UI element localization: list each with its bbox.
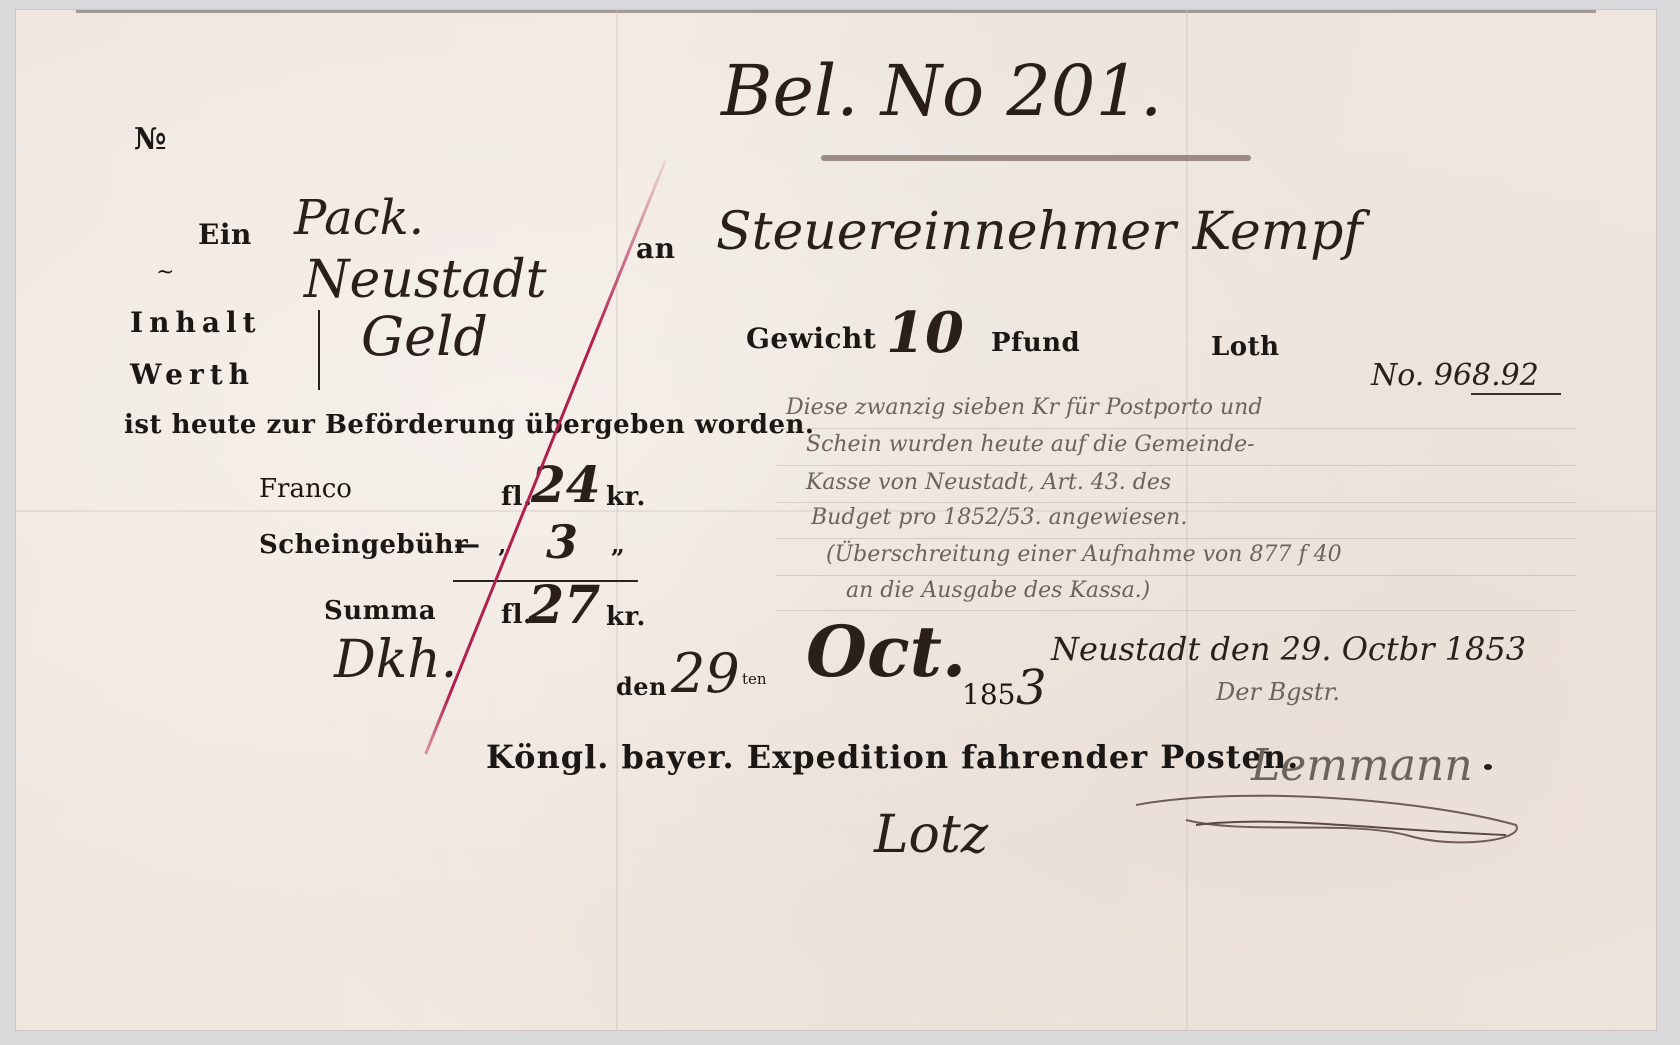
date-suffix: ten xyxy=(742,670,767,688)
reference-underline xyxy=(821,155,1251,161)
contents-value: Geld xyxy=(361,305,488,368)
scheingebuehr-dash: — xyxy=(454,530,481,560)
issuer-text: Köngl. bayer. Expedition fahrender Poste… xyxy=(486,738,1299,776)
summa-label: Summa xyxy=(324,596,436,626)
signature-flourish xyxy=(1126,780,1536,860)
ditto-mark: ~ xyxy=(156,260,174,285)
reference-number-underline xyxy=(1471,393,1561,395)
inhalt-label: Inhalt xyxy=(130,306,262,339)
destination-value: Neustadt xyxy=(304,250,547,310)
ruled-line xyxy=(776,465,1576,466)
annotation-place-date: Neustadt den 29. Octbr 1853 xyxy=(1051,630,1526,668)
pfund-label: Pfund xyxy=(991,328,1080,358)
paper-top-edge xyxy=(76,10,1596,13)
ruled-line xyxy=(776,428,1576,429)
clerk-signature: Lotz xyxy=(874,805,988,865)
ruled-line xyxy=(776,538,1576,539)
brace-mark xyxy=(318,310,320,390)
ink-dot xyxy=(1484,764,1492,770)
annotation-reference-number: No. 968.92 xyxy=(1371,358,1539,393)
handwritten-reference: Bel. No 201. xyxy=(721,50,1162,132)
annotation-line: an die Ausgabe des Kassa.) xyxy=(846,578,1150,603)
date-year-hand: 3 xyxy=(1016,660,1047,716)
ruled-line xyxy=(776,610,1576,611)
franco-kr: kr. xyxy=(606,482,646,512)
franco-label: Franco xyxy=(259,474,352,504)
annotation-line: Kasse von Neustadt, Art. 43. des xyxy=(806,470,1171,495)
annotation-line: Budget pro 1852/53. angewiesen. xyxy=(811,505,1187,530)
summa-kr: kr. xyxy=(606,602,646,632)
ein-label: Ein xyxy=(198,218,252,251)
gewicht-label: Gewicht xyxy=(746,322,876,355)
ditto-mark-kr: „ xyxy=(611,530,625,559)
annotation-line: Diese zwanzig sieben Kr für Postporto un… xyxy=(786,395,1262,420)
date-month: Oct. xyxy=(806,610,966,693)
annotation-signoff: Der Bgstr. xyxy=(1216,678,1340,706)
loth-label: Loth xyxy=(1211,332,1280,362)
fold-crease xyxy=(616,10,618,1030)
date-year-printed: 185 xyxy=(962,678,1015,711)
ruled-line xyxy=(776,502,1576,503)
place-value: Dkh. xyxy=(334,630,457,690)
recipient-value: Steuereinnehmer Kempf xyxy=(716,202,1363,262)
werth-label: Werth xyxy=(130,358,255,391)
document-paper: № Bel. No 201. Ein Pack. an Steuereinneh… xyxy=(16,10,1656,1030)
scheingebuehr-value: 3 xyxy=(546,515,578,569)
number-label: № xyxy=(134,122,167,157)
annotation-line: Schein wurden heute auf die Gemeinde- xyxy=(806,432,1255,457)
ruled-line xyxy=(776,575,1576,576)
an-label: an xyxy=(636,232,676,265)
date-day: 29 xyxy=(671,642,740,705)
statement-text: ist heute zur Beförderung übergeben word… xyxy=(124,410,814,440)
date-den: den xyxy=(616,672,667,701)
weight-value: 10 xyxy=(886,300,964,366)
ein-value: Pack. xyxy=(294,190,424,246)
annotation-line: (Überschreitung einer Aufnahme von 877 f… xyxy=(826,542,1342,567)
summa-value: 27 xyxy=(528,575,600,636)
scheingebuehr-label: Scheingebühr xyxy=(259,530,468,560)
